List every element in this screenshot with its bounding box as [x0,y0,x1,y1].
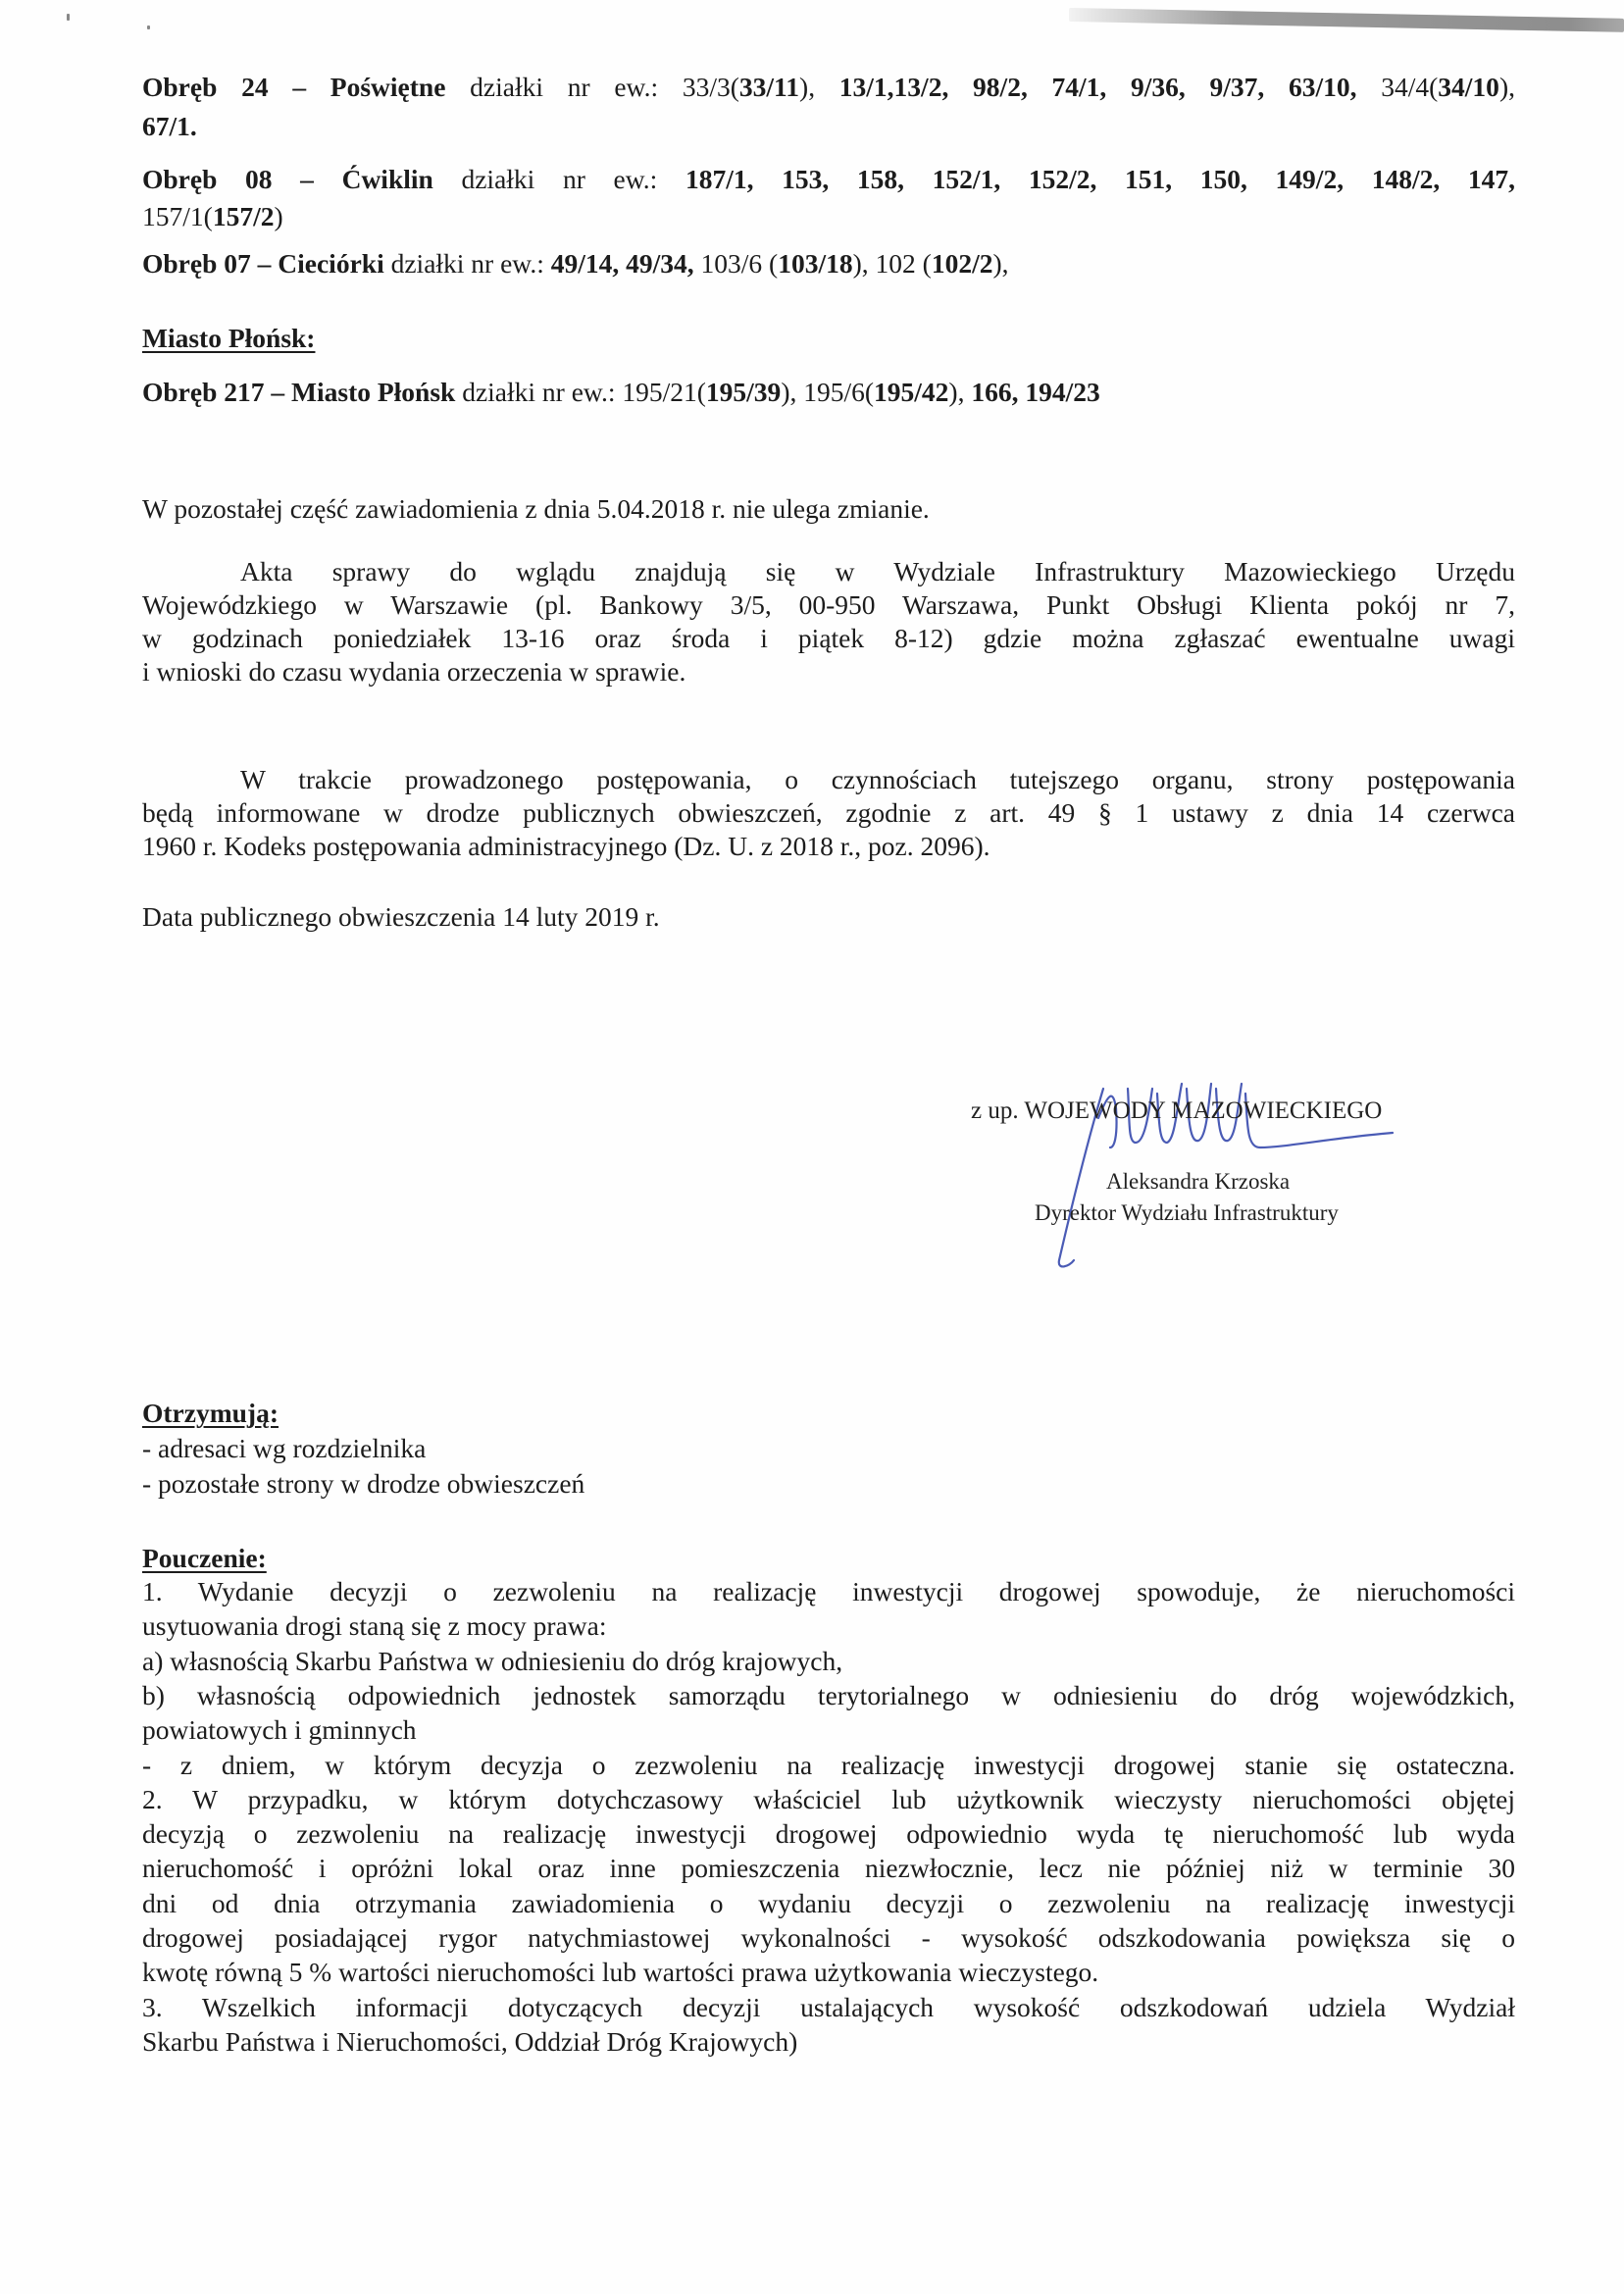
text: działki nr ew.: [433,164,685,194]
text: 102/2 [932,248,993,279]
text: 33/11 [739,72,799,102]
text: Pouczenie: [142,1543,267,1573]
text: ), [992,248,1008,279]
publication-date: Data publicznego obwieszczenia 14 luty 2… [142,900,1515,934]
text: działki nr ew.: [384,248,551,279]
instruction-line: powiatowych i gminnych [142,1713,1515,1747]
instruction-line: 1. Wydanie decyzji o zezwoleniu na reali… [142,1575,1515,1608]
instruction-line: b) własnością odpowiednich jednostek sam… [142,1679,1515,1712]
parcel-line-poswietne-cont: 67/1. [142,110,1515,143]
instruction-line: Skarbu Państwa i Nieruchomości, Oddział … [142,2025,1515,2059]
signatory-title: Dyrektor Wydziału Infrastruktury [1035,1198,1339,1228]
parcel-line-cwiklin-cont: 157/1(157/2) [142,200,1515,233]
instruction-line: usytuowania drogi staną się z mocy prawa… [142,1609,1515,1643]
proceedings-line: będą informowane w drodze publicznych ob… [142,796,1515,830]
text: działki nr ew.: 195/21( [455,377,706,407]
instruction-line: 3. Wszelkich informacji dotyczących decy… [142,1991,1515,2024]
text: 195/39 [706,377,781,407]
precinct-label: Obręb 24 – Poświętne [142,72,445,102]
text: ), 195/6( [781,377,874,407]
text: ), [948,377,971,407]
parcel-line-ciecorki: Obręb 07 – Cieciórki działki nr ew.: 49/… [142,247,1515,280]
akta-line: Wojewódzkiego w Warszawie (pl. Bankowy 3… [142,588,1515,622]
text: 103/18 [778,248,852,279]
text: 103/6 ( [694,248,779,279]
text: ), 102 ( [853,248,932,279]
text: 187/1, 153, 158, 152/1, 152/2, 151, 150,… [685,164,1515,194]
instruction-line: - z dniem, w którym decyzja o zezwoleniu… [142,1749,1515,1782]
instruction-line: dni od dnia otrzymania zawiadomienia o w… [142,1887,1515,1920]
handwritten-signature [981,1049,1491,1275]
akta-line: Akta sprawy do wglądu znajdują się w Wyd… [240,555,1515,588]
precinct-label: Obręb 07 – Cieciórki [142,248,384,279]
proceedings-line: 1960 r. Kodeks postępowania administracy… [142,830,1515,863]
parcel-line-plonsk: Obręb 217 – Miasto Płońsk działki nr ew.… [142,376,1515,409]
text: 49/14, 49/34, [551,248,694,279]
precinct-label: Obręb 08 – Ćwiklin [142,164,433,194]
instruction-line: kwotę równą 5 % wartości nieruchomości l… [142,1956,1515,1989]
text: działki nr ew.: 33/3( [445,72,738,102]
akta-line: w godzinach poniedziałek 13-16 oraz środ… [142,622,1515,655]
proceedings-line: W trakcie prowadzonego postępowania, o c… [240,763,1515,796]
instruction-line: 2. W przypadku, w którym dotychczasowy w… [142,1783,1515,1816]
instruction-line: decyzją o zezwoleniu na realizację inwes… [142,1817,1515,1851]
scan-speck [67,14,70,21]
text: Miasto Płońsk: [142,323,315,353]
text: ), [799,72,839,102]
instruction-line: a) własnością Skarbu Państwa w odniesien… [142,1645,1515,1678]
text: 34/4( [1357,72,1439,102]
scan-shadow-line [1069,8,1624,32]
recipients-heading: Otrzymują: [142,1397,1515,1430]
signatory-authority: z up. WOJEWODY MAZOWIECKIEGO [971,1096,1382,1126]
text: 157/2 [213,201,275,231]
recipient-item: - adresaci wg rozdzielnika [142,1432,1515,1465]
parcel-line-poswietne: Obręb 24 – Poświętne działki nr ew.: 33/… [142,71,1515,104]
akta-line: i wnioski do czasu wydania orzeczenia w … [142,655,1515,688]
text: ), [1499,72,1515,102]
document-page: Obręb 24 – Poświętne działki nr ew.: 33/… [0,0,1624,2294]
text: Otrzymują: [142,1398,279,1428]
text: 67/1. [142,111,197,141]
precinct-label: Obręb 217 – Miasto Płońsk [142,377,455,407]
text: 157/1( [142,201,213,231]
instruction-heading: Pouczenie: [142,1542,1515,1575]
scan-speck [147,25,150,29]
text: 13/1,13/2, 98/2, 74/1, 9/36, 9/37, 63/10… [839,72,1357,102]
city-heading: Miasto Płońsk: [142,322,1515,355]
text: 166, 194/23 [971,377,1099,407]
text: ) [274,201,282,231]
text: 195/42 [874,377,948,407]
instruction-line: drogowej posiadającej rygor natychmiasto… [142,1921,1515,1955]
text: 34/10 [1438,72,1499,102]
signatory-name: Aleksandra Krzoska [1106,1167,1290,1197]
parcel-line-cwiklin: Obręb 08 – Ćwiklin działki nr ew.: 187/1… [142,163,1515,196]
recipient-item: - pozostałe strony w drodze obwieszczeń [142,1467,1515,1501]
instruction-line: nieruchomość i opróżni lokal oraz inne p… [142,1852,1515,1885]
unchanged-notice: W pozostałej część zawiadomienia z dnia … [142,492,1515,526]
